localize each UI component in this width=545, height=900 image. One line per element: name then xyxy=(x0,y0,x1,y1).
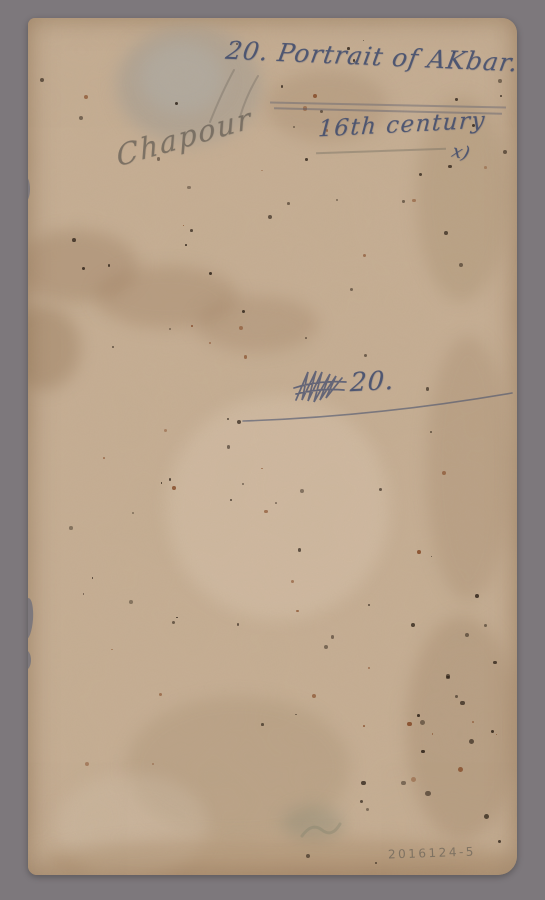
annotation-period-mark: x) xyxy=(449,141,472,164)
paper-mottling xyxy=(28,18,517,875)
title-underline-2 xyxy=(274,107,502,114)
long-underline-stroke xyxy=(242,390,514,424)
paper-edge-chip xyxy=(28,176,30,202)
period-underline xyxy=(316,148,446,154)
annotation-title: 20. Portrait of AKbar. xyxy=(224,36,517,78)
pencil-smudge-marks xyxy=(200,62,280,132)
annotation-period: 16th century xyxy=(317,108,487,143)
fox-spots xyxy=(28,18,517,875)
paper-edge-chip xyxy=(28,598,34,641)
annotation-collection-number: 20. xyxy=(349,366,395,398)
manuscript-verso-paper: 20. Portrait of AKbar. 16th century x) C… xyxy=(28,18,517,875)
title-underline-1 xyxy=(270,102,506,109)
paper-stains xyxy=(28,18,517,875)
paper-grain xyxy=(28,18,517,875)
gray-mount-background: 20. Portrait of AKbar. 16th century x) C… xyxy=(0,0,545,900)
crossed-out-scribble xyxy=(292,366,348,406)
faint-smudge-stroke xyxy=(296,814,346,844)
annotation-pencil-name: Chapour xyxy=(115,100,254,173)
paper-edge-chip xyxy=(28,650,31,670)
annotation-accession-number: 2016124-5 xyxy=(388,844,476,861)
